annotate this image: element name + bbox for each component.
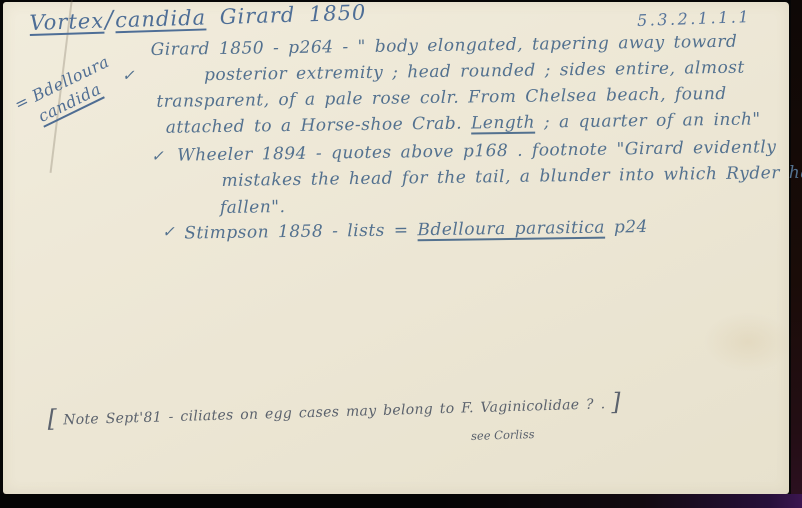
girard-entry-line-2: posterior extremity ; head rounded ; sid… [204, 58, 745, 86]
girard-entry-line-3: transparent, of a pale rose colr. From C… [156, 84, 727, 112]
checkmark-girard-icon: ✓ [122, 66, 135, 84]
bottom-note-annotation: see Corliss [471, 427, 535, 443]
girard-line4-prefix: attached to a Horse-shoe Crab. [166, 113, 472, 137]
stimpson-entry-line: Stimpson 1858 - lists = Bdelloura parasi… [184, 217, 648, 243]
bottom-note-close-bracket: ] [611, 388, 621, 416]
girard-line4-length-word: Length [471, 113, 535, 134]
stimpson-prefix: Stimpson 1858 - lists = [184, 220, 418, 243]
bottom-note-open-bracket: [ [47, 405, 57, 433]
wheeler-entry-line-3: fallen". [220, 197, 286, 218]
checkmark-wheeler-icon: ✓ [151, 147, 164, 165]
index-card: Vortex/candida Girard 1850 5.3.2.1.1.1 =… [3, 2, 789, 494]
wheeler-entry-line-2: mistakes the head for the tail, a blunde… [221, 162, 802, 191]
girard-line4-suffix: ; a quarter of an inch" [535, 109, 761, 132]
girard-entry-line-1: Girard 1850 - p264 - " body elongated, t… [151, 32, 738, 60]
girard-entry-line-4: attached to a Horse-shoe Crab. Length ; … [166, 109, 761, 137]
wheeler-entry-line-1: Wheeler 1894 - quotes above p168 . footn… [177, 137, 777, 165]
stimpson-page-ref: p24 [605, 217, 648, 238]
checkmark-stimpson-icon: ✓ [162, 223, 175, 241]
stimpson-synonym: Bdelloura parasitica [417, 218, 605, 241]
scan-edge-bottom [0, 494, 802, 508]
